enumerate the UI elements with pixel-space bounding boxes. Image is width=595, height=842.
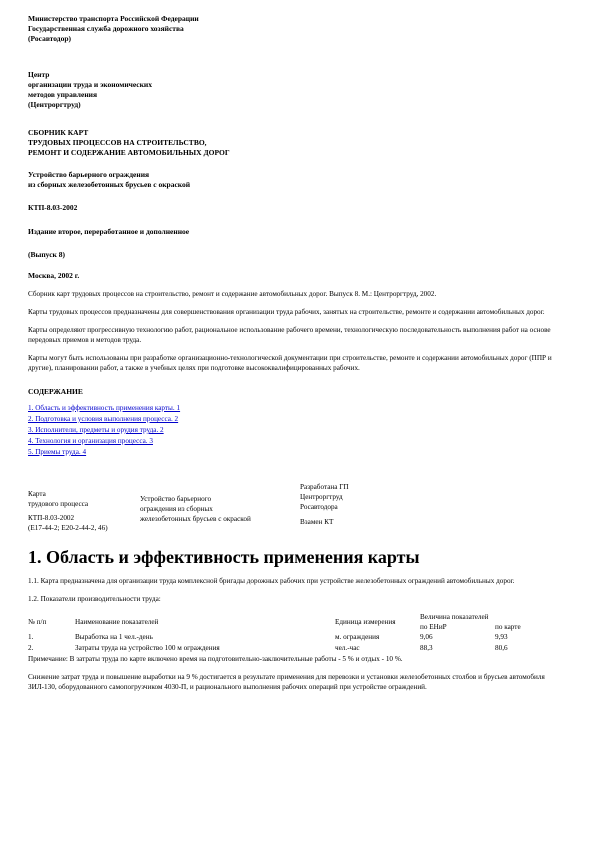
toc-link-performers[interactable]: 3. Исполнители, предметы и орудия труда.… — [28, 425, 570, 436]
ministry-block: Министерство транспорта Российской Федер… — [28, 14, 570, 44]
col-header-karta: по карте — [495, 622, 570, 632]
col-header-number: № п/п — [28, 617, 75, 627]
edition-note: Издание второе, переработанное и дополне… — [28, 227, 570, 237]
col-header-enir: по ЕНиР — [420, 622, 495, 632]
section-1-2-paragraph: 1.2. Показатели производительности труда… — [28, 594, 570, 604]
productivity-table: № п/п Наименование показателей Единица и… — [28, 612, 570, 654]
subject-title: Устройство барьерного ограждения из сбор… — [28, 170, 570, 190]
place-year: Москва, 2002 г. — [28, 271, 570, 281]
table-row-2-number: 2. — [28, 643, 75, 654]
toc-title: СОДЕРЖАНИЕ — [28, 387, 570, 397]
table-of-contents: 1. Область и эффективность применения ка… — [28, 403, 570, 458]
table-row-1-karta-value: 9,93 — [495, 632, 570, 643]
subject-title-line: из сборных железобетонных брусьев с окра… — [28, 180, 570, 190]
toc-link-scope[interactable]: 1. Область и эффективность применения ка… — [28, 403, 570, 414]
table-note: Примечание: В затраты труда по карте вкл… — [28, 654, 570, 664]
center-org-line: методов управления — [28, 90, 570, 100]
subject-title-line: Устройство барьерного ограждения — [28, 170, 570, 180]
table-row-1-number: 1. — [28, 632, 75, 643]
collection-title: СБОРНИК КАРТ ТРУДОВЫХ ПРОЦЕССОВ НА СТРОИ… — [28, 128, 570, 158]
center-org-line: (Центроргтруд) — [28, 100, 570, 110]
issue-number: (Выпуск 8) — [28, 250, 570, 260]
center-org-block: Центр организации труда и экономических … — [28, 70, 570, 110]
intro-paragraph-3: Карты определяют прогрессивную технологи… — [28, 325, 570, 345]
table-row-2-indicator: Затраты труда на устройство 100 м огражд… — [75, 643, 335, 654]
card-subject-column: Устройство барьерного ограждения из сбор… — [140, 494, 305, 524]
collection-title-line: РЕМОНТ И СОДЕРЖАНИЕ АВТОМОБИЛЬНЫХ ДОРОГ — [28, 148, 570, 158]
toc-link-technology[interactable]: 4. Технология и организация процесса. 3 — [28, 436, 570, 447]
ministry-line: (Росавтодор) — [28, 34, 570, 44]
center-org-line: Центр — [28, 70, 570, 80]
col-header-indicator: Наименование показателей — [75, 617, 335, 627]
table-row-2-karta-value: 80,6 — [495, 643, 570, 654]
ministry-line: Министерство транспорта Российской Федер… — [28, 14, 570, 24]
toc-link-preparation[interactable]: 2. Подготовка и условия выполнения проце… — [28, 414, 570, 425]
toc-link-work-methods[interactable]: 5. Приемы труда. 4 — [28, 447, 570, 458]
document-page: Министерство транспорта Российской Федер… — [0, 0, 595, 842]
table-row-1-unit: м. ограждения — [335, 632, 420, 643]
ministry-line: Государственная служба дорожного хозяйст… — [28, 24, 570, 34]
col-header-unit: Единица измерения — [335, 617, 420, 627]
card-developer-column: Разработана ГП Центроргтруд Росавтодора … — [300, 482, 500, 527]
savings-paragraph: Снижение затрат труда и повышение вырабо… — [28, 672, 570, 692]
center-org-line: организации труда и экономических — [28, 80, 570, 90]
card-header-block: Карта трудового процесса КТП-8.03-2002 (… — [28, 482, 570, 538]
card-type-column: Карта трудового процесса КТП-8.03-2002 (… — [28, 489, 143, 533]
table-row-1-enir-value: 9,06 — [420, 632, 495, 643]
table-row-2-enir-value: 88,3 — [420, 643, 495, 654]
collection-title-line: СБОРНИК КАРТ — [28, 128, 570, 138]
intro-paragraph-2: Карты трудовых процессов предназначены д… — [28, 307, 570, 317]
intro-paragraph-4: Карты могут быть использованы при разраб… — [28, 353, 570, 373]
intro-paragraph-1: Сборник карт трудовых процессов на строи… — [28, 289, 570, 299]
doc-code: КТП-8.03-2002 — [28, 203, 570, 213]
col-header-value-group: Величина показателей — [420, 612, 570, 622]
collection-title-line: ТРУДОВЫХ ПРОЦЕССОВ НА СТРОИТЕЛЬСТВО, — [28, 138, 570, 148]
section-1-1-paragraph: 1.1. Карта предназначена для организации… — [28, 576, 570, 586]
section-1-heading: 1. Область и эффективность применения ка… — [28, 546, 570, 568]
table-row-2-unit: чел.-час — [335, 643, 420, 654]
table-row-1-indicator: Выработка на 1 чел.-день — [75, 632, 335, 643]
